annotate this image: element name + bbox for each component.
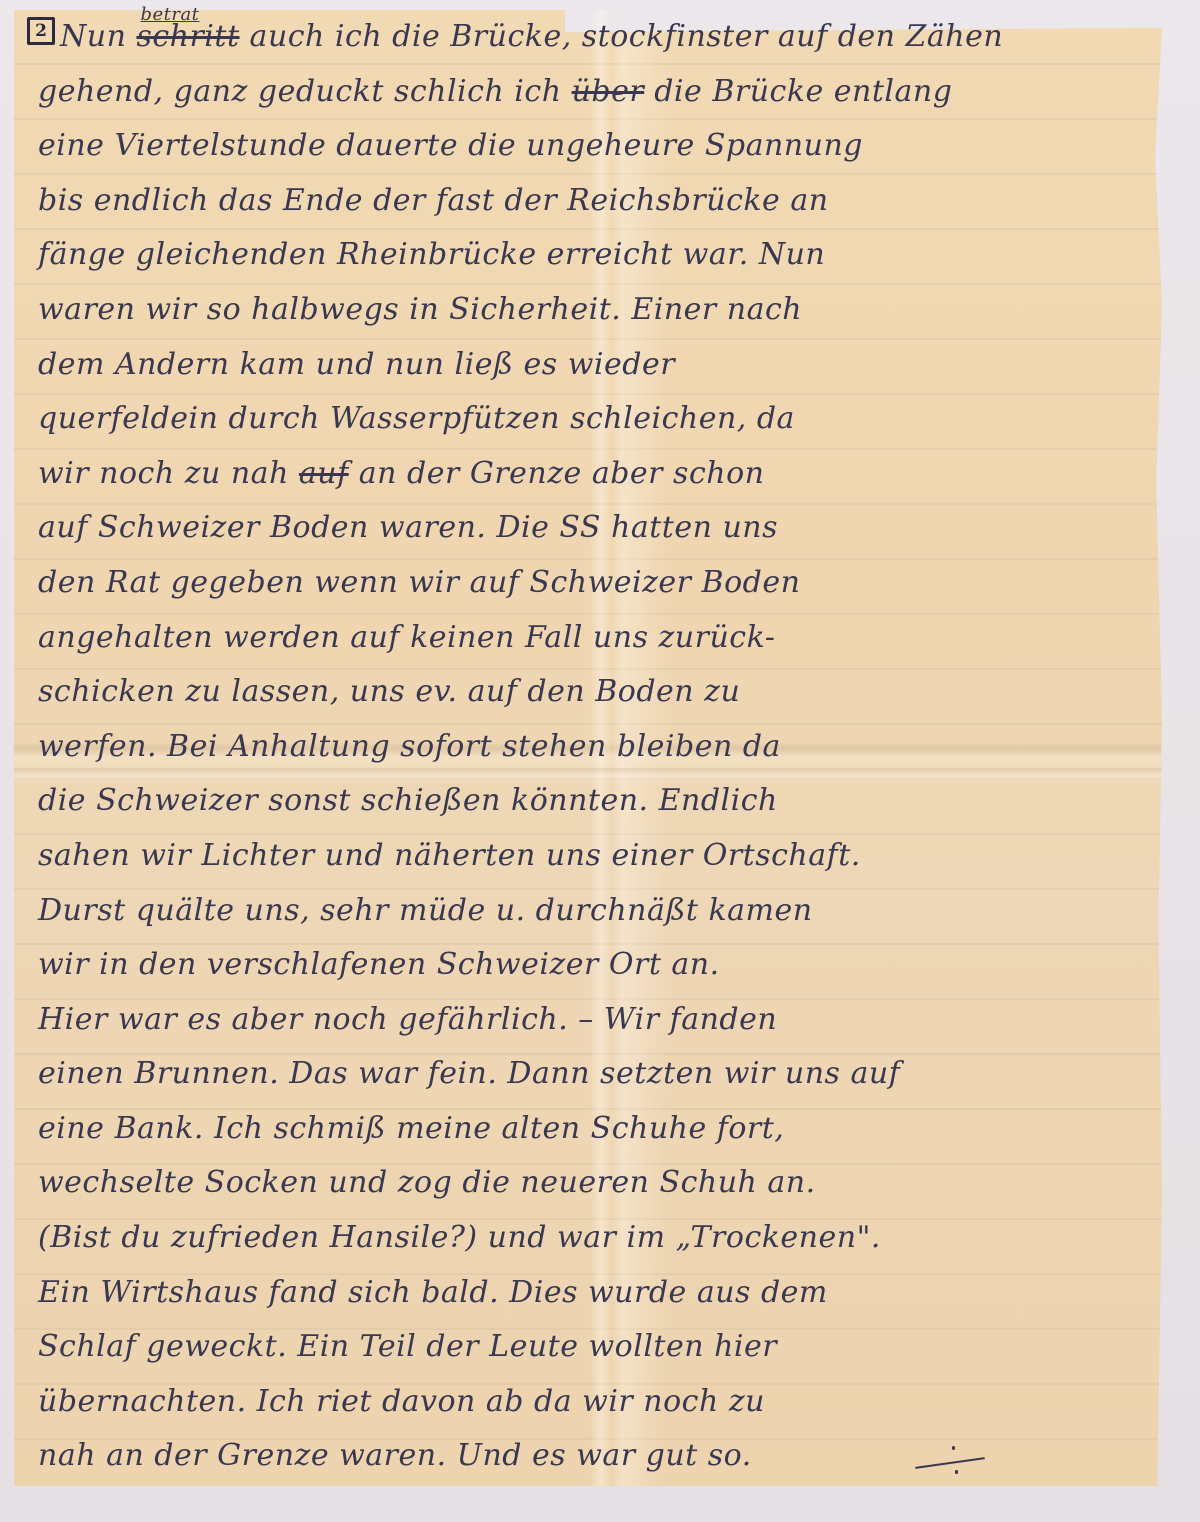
letter-line-1: Nun betratschritt auch ich die Brücke, s…: [38, 10, 1148, 65]
letter-line-24: Ein Wirtshaus fand sich bald. Dies wurde…: [38, 1266, 1148, 1321]
line-text: an der Grenze aber schon: [349, 456, 765, 491]
end-of-text-mark-icon: [915, 1452, 985, 1472]
struck-word: auf: [299, 456, 349, 491]
letter-line-5: fänge gleichenden Rheinbrücke erreicht w…: [38, 228, 1148, 283]
letter-line-26: übernachten. Ich riet davon ab da wir no…: [38, 1375, 1148, 1430]
letter-line-2: gehend, ganz geduckt schlich ich über di…: [38, 65, 1148, 120]
line-text: gehend, ganz geduckt schlich ich: [38, 74, 572, 109]
line-text: Nun: [60, 19, 136, 54]
letter-line-9: wir noch zu nah auf an der Grenze aber s…: [38, 447, 1148, 502]
letter-line-17: Durst quälte uns, sehr müde u. durchnäßt…: [38, 884, 1148, 939]
letter-line-23: (Bist du zufrieden Hansile?) und war im …: [38, 1211, 1148, 1266]
letter-line-8: querfeldein durch Wasserpfützen schleich…: [38, 392, 1148, 447]
line-text: auch ich die Brücke, stockfinster auf de…: [240, 19, 1004, 54]
letter-line-10: auf Schweizer Boden waren. Die SS hatten…: [38, 501, 1148, 556]
letter-body: Nun betratschritt auch ich die Brücke, s…: [38, 10, 1148, 1484]
inserted-word: betrat: [140, 6, 199, 24]
letter-line-19: Hier war es aber noch gefährlich. – Wir …: [38, 993, 1148, 1048]
letter-line-16: sahen wir Lichter und näherten uns einer…: [38, 829, 1148, 884]
letter-line-18: wir in den verschlafenen Schweizer Ort a…: [38, 938, 1148, 993]
letter-line-14: werfen. Bei Anhaltung sofort stehen blei…: [38, 720, 1148, 775]
line-text: die Brücke entlang: [644, 74, 952, 109]
letter-line-6: waren wir so halbwegs in Sicherheit. Ein…: [38, 283, 1148, 338]
letter-line-11: den Rat gegeben wenn wir auf Schweizer B…: [38, 556, 1148, 611]
letter-line-20: einen Brunnen. Das war fein. Dann setzte…: [38, 1047, 1148, 1102]
letter-line-13: schicken zu lassen, uns ev. auf den Bode…: [38, 665, 1148, 720]
letter-line-4: bis endlich das Ende der fast der Reichs…: [38, 174, 1148, 229]
letter-line-21: eine Bank. Ich schmiß meine alten Schuhe…: [38, 1102, 1148, 1157]
struck-word: über: [572, 74, 645, 109]
letter-line-7: dem Andern kam und nun ließ es wieder: [38, 338, 1148, 393]
letter-line-3: eine Viertelstunde dauerte die ungeheure…: [38, 119, 1148, 174]
line-text: wir noch zu nah: [38, 456, 299, 491]
letter-line-15: die Schweizer sonst schießen könnten. En…: [38, 774, 1148, 829]
letter-line-22: wechselte Socken und zog die neueren Sch…: [38, 1156, 1148, 1211]
letter-line-12: angehalten werden auf keinen Fall uns zu…: [38, 611, 1148, 666]
letter-line-25: Schlaf geweckt. Ein Teil der Leute wollt…: [38, 1320, 1148, 1375]
